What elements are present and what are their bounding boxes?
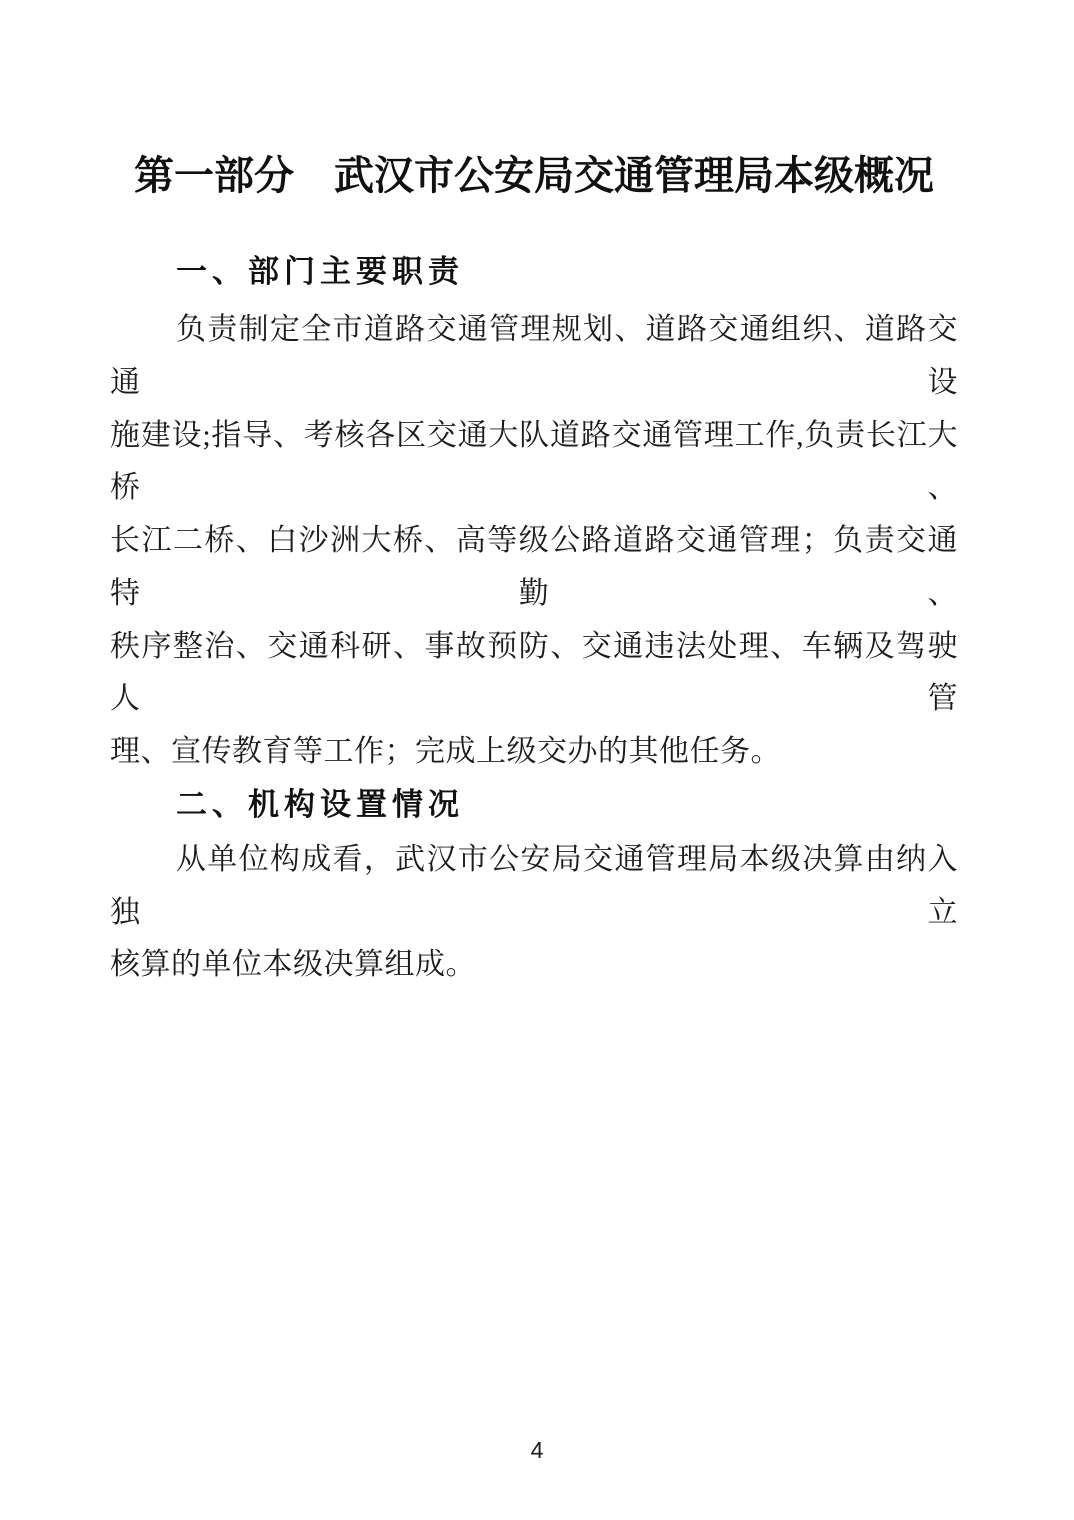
paragraph-line: 负责制定全市道路交通管理规划、道路交通组织、道路交通设: [110, 304, 958, 410]
paragraph-1: 负责制定全市道路交通管理规划、道路交通组织、道路交通设 施建设;指导、考核各区交…: [110, 304, 958, 779]
page-number: 4: [0, 1437, 1074, 1464]
document-title: 第一部分 武汉市公安局交通管理局本级概况: [110, 152, 958, 200]
paragraph-line: 从单位构成看，武汉市公安局交通管理局本级决算由纳入独立: [110, 834, 958, 940]
section-heading-1: 一、部门主要职责: [110, 252, 958, 292]
paragraph-line: 核算的单位本级决算组成。: [110, 939, 958, 992]
document-page: 第一部分 武汉市公安局交通管理局本级概况 一、部门主要职责 负责制定全市道路交通…: [0, 0, 1074, 1520]
paragraph-line: 长江二桥、白沙洲大桥、高等级公路道路交通管理；负责交通特勤、: [110, 515, 958, 621]
page-content: 第一部分 武汉市公安局交通管理局本级概况 一、部门主要职责 负责制定全市道路交通…: [110, 0, 958, 992]
paragraph-line: 施建设;指导、考核各区交通大队道路交通管理工作,负责长江大桥、: [110, 410, 958, 516]
paragraph-line: 理、宣传教育等工作；完成上级交办的其他任务。: [110, 726, 958, 779]
paragraph-line: 秩序整治、交通科研、事故预防、交通违法处理、车辆及驾驶人管: [110, 621, 958, 727]
paragraph-2: 从单位构成看，武汉市公安局交通管理局本级决算由纳入独立 核算的单位本级决算组成。: [110, 834, 958, 992]
section-heading-2: 二、机构设置情况: [110, 785, 958, 825]
